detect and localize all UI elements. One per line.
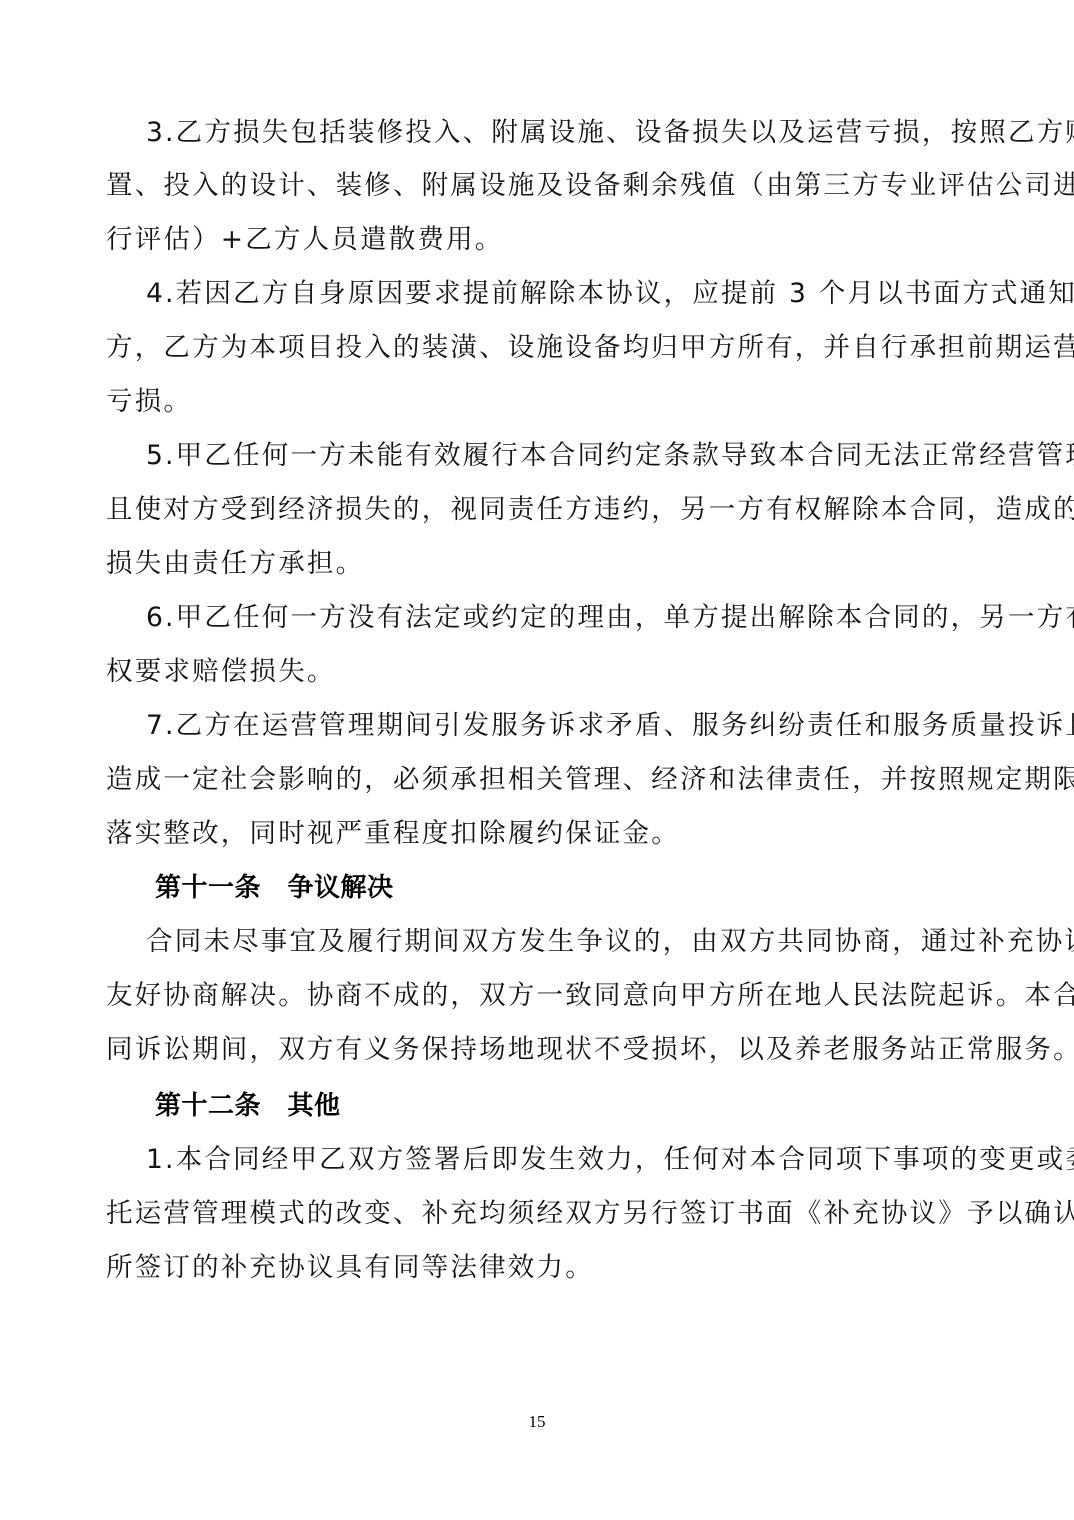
paragraph-line: 同诉讼期间，双方有义务保持场地现状不受损坏，以及养老服务站正常服务。 xyxy=(106,1030,972,1070)
paragraph-line: 置、投入的设计、装修、附属设施及设备剩余残值（由第三方专业评估公司进 xyxy=(106,166,972,206)
paragraph-line: 亏损。 xyxy=(106,382,972,422)
page-number: 15 xyxy=(0,1412,1074,1432)
paragraph-line: 方，乙方为本项目投入的装潢、设施设备均归甲方所有，并自行承担前期运营 xyxy=(106,328,972,368)
paragraph-line: 合同未尽事宜及履行期间双方发生争议的，由双方共同协商，通过补充协议 xyxy=(146,922,972,962)
paragraph-line: 3.乙方损失包括装修投入、附属设施、设备损失以及运营亏损，按照乙方购 xyxy=(146,113,972,153)
paragraph-line: 6.甲乙任何一方没有法定或约定的理由，单方提出解除本合同的，另一方有 xyxy=(146,598,972,638)
paragraph-line: 所签订的补充协议具有同等法律效力。 xyxy=(106,1248,972,1288)
paragraph-line: 损失由责任方承担。 xyxy=(106,544,972,584)
paragraph-line: 造成一定社会影响的，必须承担相关管理、经济和法律责任，并按照规定期限 xyxy=(106,760,972,800)
paragraph-line: 5.甲乙任何一方未能有效履行本合同约定条款导致本合同无法正常经营管理 xyxy=(146,436,972,476)
paragraph-line: 行评估）+乙方人员遣散费用。 xyxy=(106,220,972,260)
paragraph-line: 4.若因乙方自身原因要求提前解除本协议，应提前 3 个月以书面方式通知甲 xyxy=(146,274,972,314)
paragraph-line: 7.乙方在运营管理期间引发服务诉求矛盾、服务纠纷责任和服务质量投诉且 xyxy=(146,706,972,746)
paragraph-line: 友好协商解决。协商不成的，双方一致同意向甲方所在地人民法院起诉。本合 xyxy=(106,976,972,1016)
document-page: 3.乙方损失包括装修投入、附属设施、设备损失以及运营亏损，按照乙方购 置、投入的… xyxy=(0,0,1074,1520)
paragraph-line: 1.本合同经甲乙双方签署后即发生效力，任何对本合同项下事项的变更或委 xyxy=(146,1140,972,1180)
section-heading-11: 第十一条 争议解决 xyxy=(155,868,394,908)
paragraph-line: 落实整改，同时视严重程度扣除履约保证金。 xyxy=(106,814,972,854)
paragraph-line: 托运营管理模式的改变、补充均须经双方另行签订书面《补充协议》予以确认， xyxy=(106,1194,972,1234)
section-heading-12: 第十二条 其他 xyxy=(155,1086,341,1126)
paragraph-line: 且使对方受到经济损失的，视同责任方违约，另一方有权解除本合同，造成的 xyxy=(106,490,972,530)
paragraph-line: 权要求赔偿损失。 xyxy=(106,652,972,692)
